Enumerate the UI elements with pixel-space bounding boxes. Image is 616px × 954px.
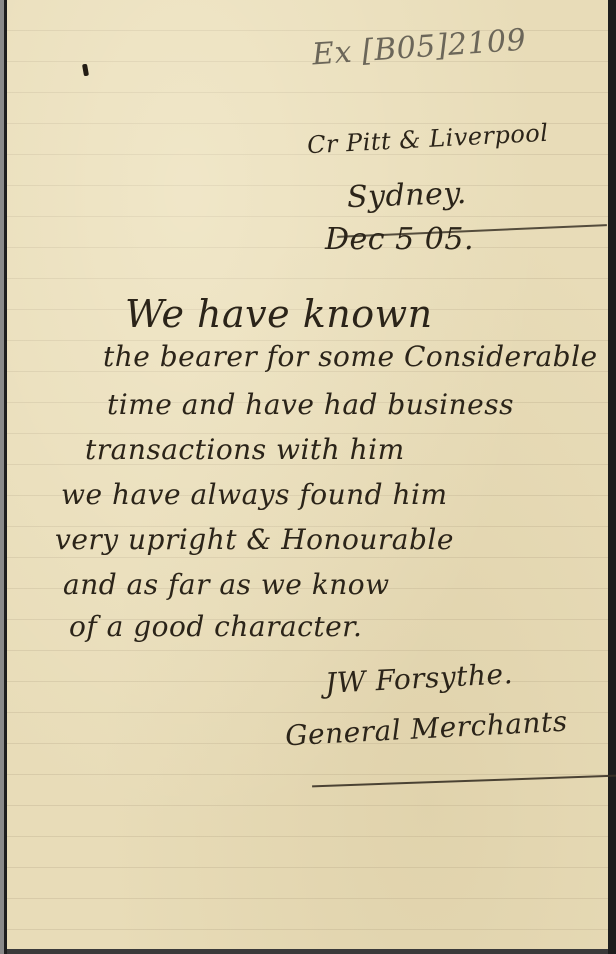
letter-paper: Ex [B05]2109 Cr Pitt & Liverpool Sydney.…	[7, 0, 608, 950]
body-line-2: the bearer for some Considerable	[103, 340, 598, 373]
letter-date: Dec 5 05.	[325, 222, 474, 257]
body-line-7: and as far as we know	[63, 568, 390, 601]
body-line-4: transactions with him	[85, 433, 405, 466]
archive-reference: Ex [B05]2109	[311, 23, 527, 73]
signature-title: General Merchants	[284, 705, 568, 753]
body-line-3: time and have had business	[107, 388, 514, 421]
ink-blot	[82, 64, 89, 77]
body-line-8: of a good character.	[69, 610, 362, 643]
body-line-1: We have known	[125, 292, 433, 336]
address-city: Sydney.	[346, 176, 467, 215]
signature-underline	[312, 775, 616, 788]
scan-frame: Ex [B05]2109 Cr Pitt & Liverpool Sydney.…	[0, 0, 616, 954]
body-line-6: very upright & Honourable	[55, 523, 454, 556]
signature-name: JW Forsythe.	[324, 657, 513, 700]
scan-bottom-edge	[7, 949, 608, 954]
address-street: Cr Pitt & Liverpool	[306, 119, 549, 160]
scan-left-edge	[0, 0, 4, 954]
body-line-5: we have always found him	[61, 478, 448, 511]
